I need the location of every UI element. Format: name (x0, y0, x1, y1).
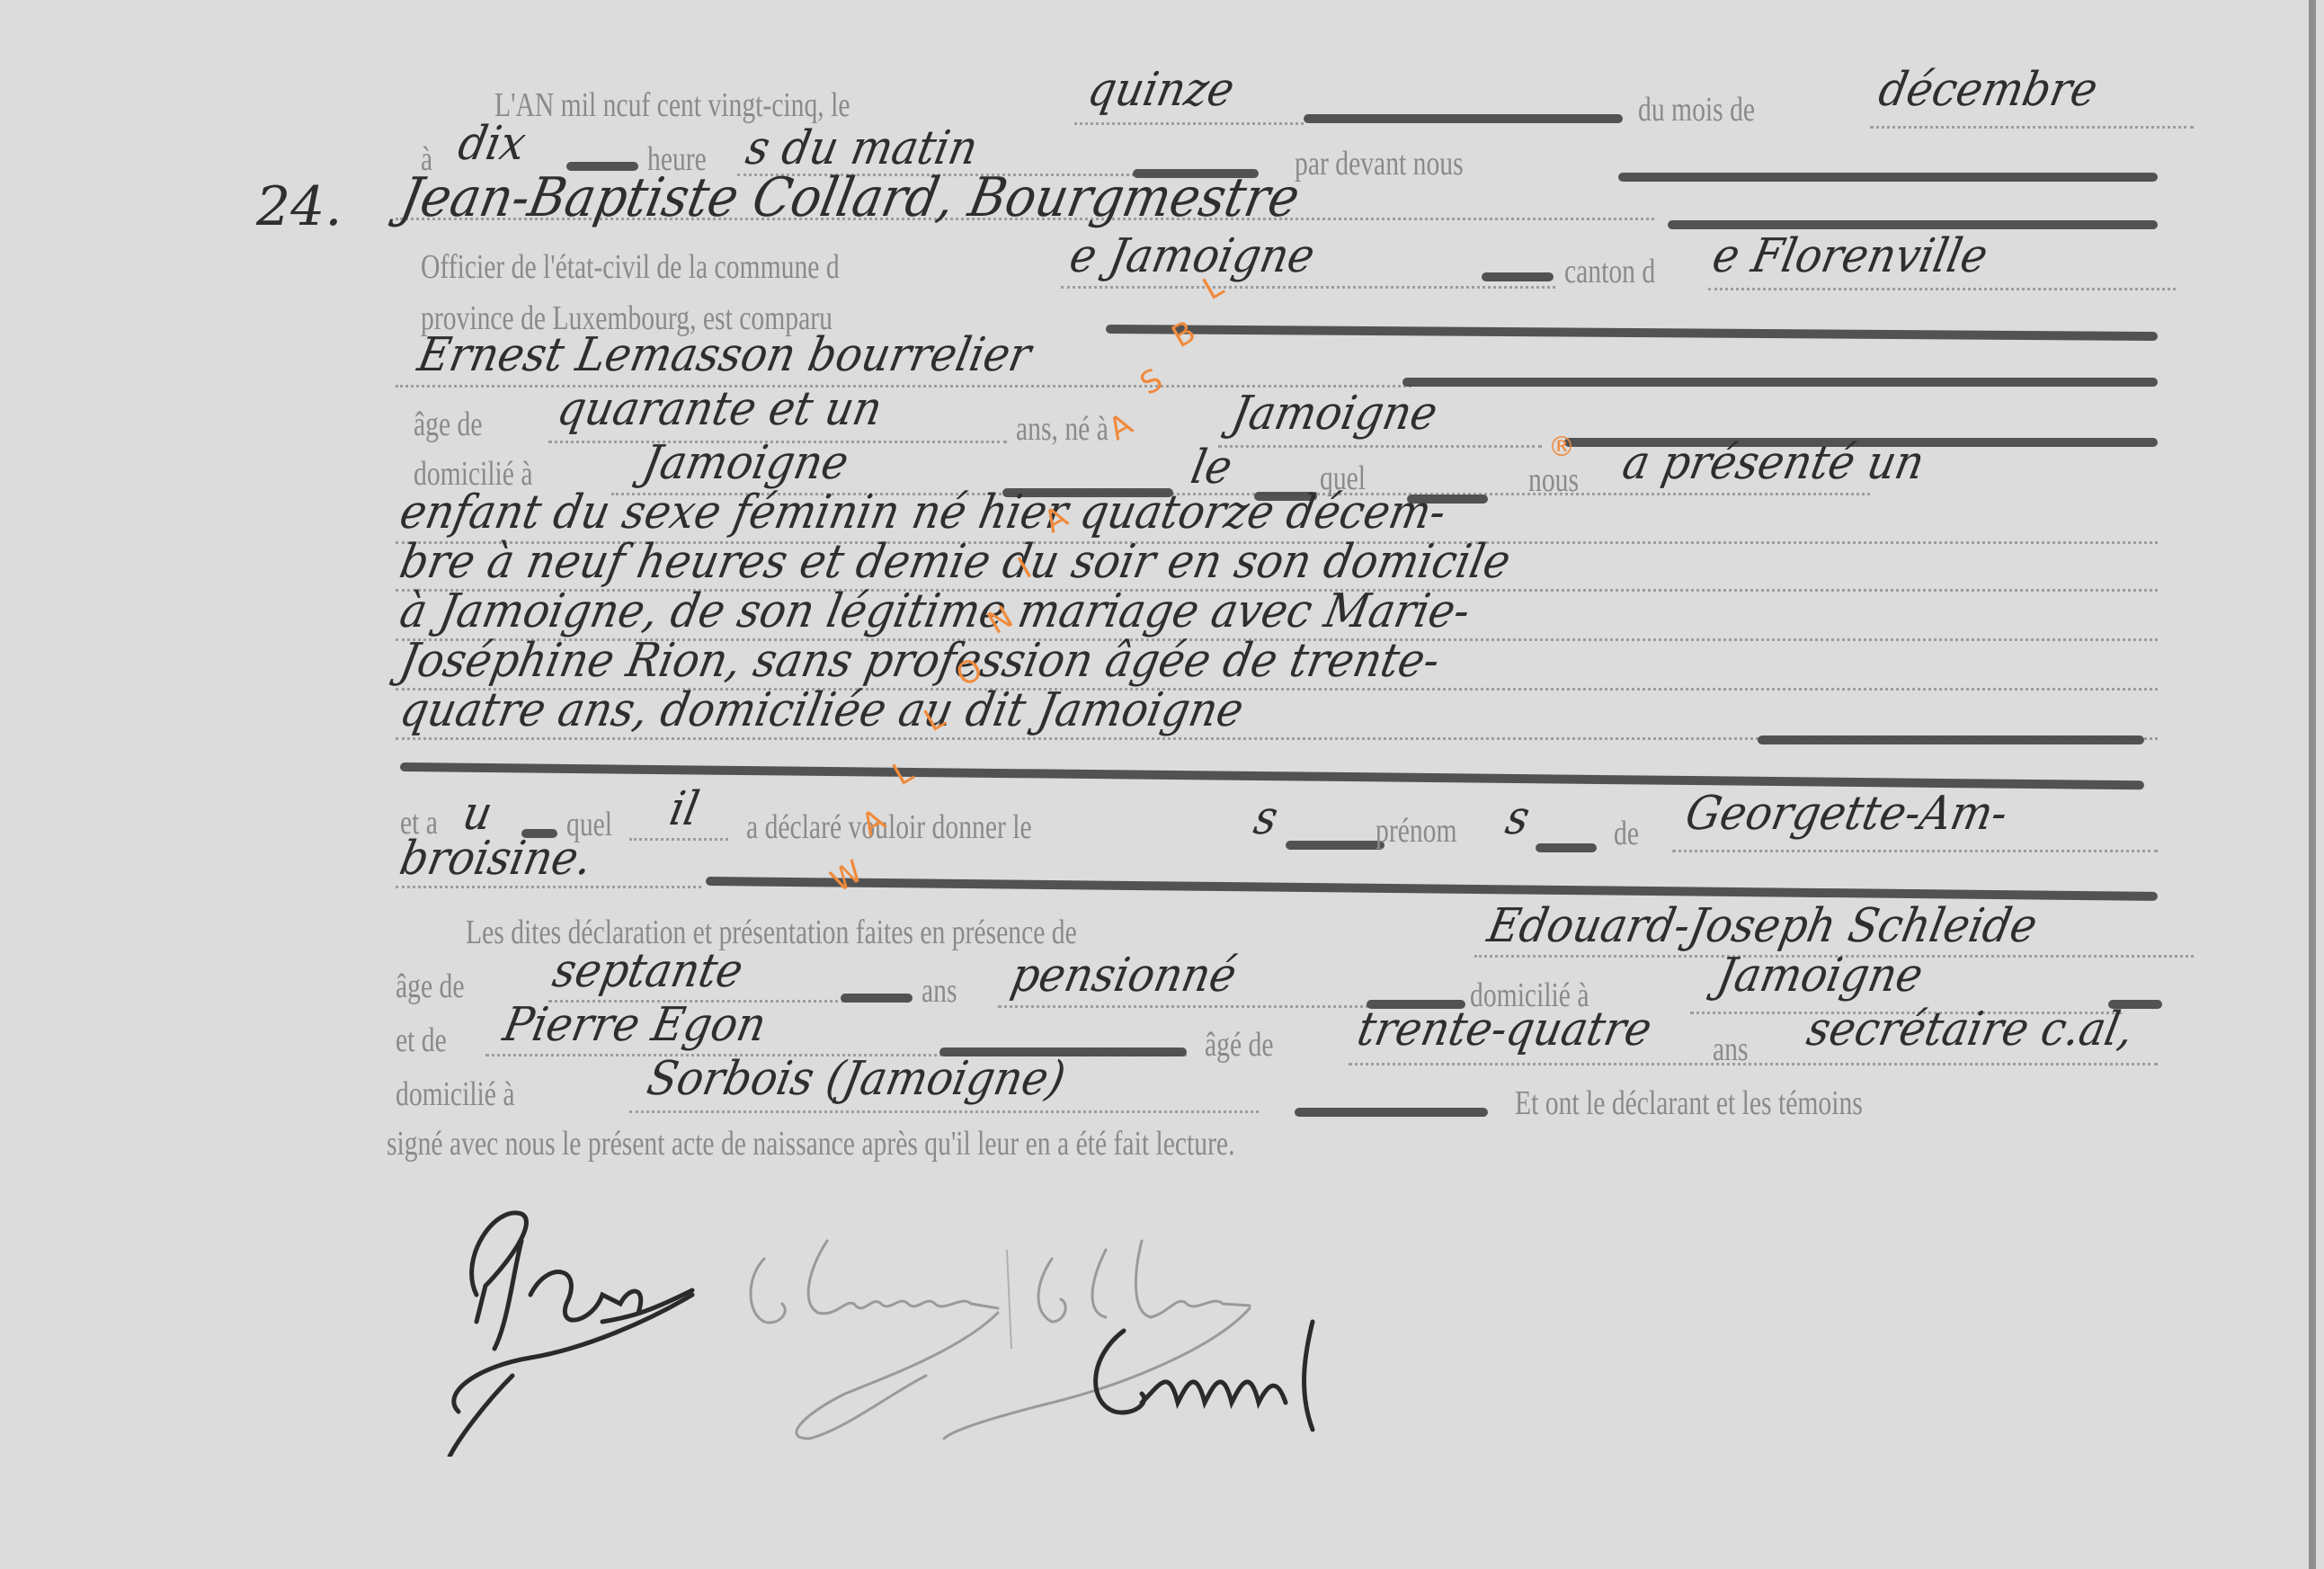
printed-age-label: âge de (414, 405, 483, 444)
fill-dots (396, 886, 701, 888)
entry-number: 24. (256, 175, 342, 238)
fill-dots (629, 1110, 1259, 1113)
closing-rule (400, 762, 2144, 789)
hand-child-line-2: bre à neuf heures et demie du soir en so… (396, 535, 1515, 589)
hand-declarant-age: quarante et un (553, 382, 886, 436)
fill-bar (1536, 843, 1597, 852)
fill-dots (1870, 126, 2194, 129)
hand-month: décembre (1874, 63, 2102, 117)
fill-dots (1672, 850, 2158, 852)
hand-child-line-4: Joséphine Rion, sans profession âgée de … (396, 634, 1444, 688)
hand-child-line-5: quatre ans, domiciliée au dit Jamoigne (396, 683, 1248, 737)
printed-born-label: ans, né à (1016, 409, 1109, 449)
printed-de: de (1614, 814, 1639, 853)
civil-record-page: 24. L'AN mil ncuf cent vingt-cinq, le qu… (0, 0, 2324, 1569)
fill-bar (1402, 378, 2158, 387)
hand-day: quinze (1083, 63, 1239, 117)
signature-schleide (944, 1241, 1250, 1439)
fill-bar (1295, 1108, 1488, 1117)
hand-hour: dix (454, 117, 530, 171)
hand-witness-1-domicile: Jamoigne (1713, 949, 1928, 1003)
printed-age-label: âge de (396, 967, 465, 1006)
watermark-letter: B (1166, 314, 1202, 355)
hand-witness-1-age: septante (548, 944, 747, 998)
fill-bar (706, 877, 2158, 901)
fill-dots (998, 1005, 1376, 1008)
fill-bar (1618, 173, 2158, 182)
printed-year-intro: L'AN mil ncuf cent vingt-cinq, le (494, 85, 850, 125)
fill-bar (1668, 220, 2158, 229)
hand-witness-2-domicile: Sorbois (Jamoigne) (643, 1052, 1070, 1106)
printed-officer-label: Officier de l'état-civil de la commune d (421, 247, 840, 287)
printed-ans: ans (922, 971, 957, 1011)
printed-and-of: et de (396, 1021, 447, 1060)
fill-dots (1218, 445, 1542, 448)
hand-witness-2-profession: secrétaire c.al, (1803, 1003, 2138, 1056)
signature-divider (1007, 1250, 1011, 1349)
hand-witness-2-name: Pierre Egon (499, 998, 770, 1052)
hand-canton: e Florenville (1708, 229, 1992, 283)
page-edge-shadow (2309, 0, 2316, 1569)
signature-collard (1096, 1322, 1313, 1430)
printed-signing-intro: Et ont le déclarant et les témoins (1515, 1083, 1863, 1123)
hand-commune: e Jamoigne (1065, 229, 1319, 283)
hand-child-line-3: à Jamoigne, de son légitime mariage avec… (396, 584, 1474, 638)
hand-child-line-1: enfant du sexe féminin né hier quatorze … (396, 486, 1450, 539)
fill-bar (1286, 841, 1385, 850)
signature-lemasson (751, 1241, 998, 1439)
hand-il: il (665, 782, 703, 836)
printed-ans: ans (1713, 1030, 1749, 1069)
hand-s1: s (1250, 791, 1282, 845)
hand-witness-1-name: Edouard-Joseph Schleide (1483, 899, 2042, 953)
signature-egon (450, 1213, 692, 1457)
printed-witnesses-intro: Les dites déclaration et présentation fa… (466, 913, 1077, 952)
hand-presented: a présenté un (1618, 436, 1928, 490)
printed-month-label: du mois de (1638, 90, 1755, 129)
hand-child-names: Georgette-Am- (1681, 787, 2012, 841)
printed-canton-label: canton d (1564, 252, 1655, 291)
hand-declarant-domicile: Jamoigne (638, 436, 853, 490)
signatures-area (423, 1187, 1411, 1457)
printed-prenom: prénom (1376, 811, 1457, 851)
printed-domicile-label-2: domicilié à (396, 1074, 515, 1114)
watermark-letter: S (1134, 361, 1169, 402)
hand-child-names-cont: broisine. (396, 832, 597, 886)
hand-s2: s (1501, 791, 1534, 845)
hand-declarant-birthplace: Jamoigne (1227, 387, 1442, 441)
fill-bar (1304, 114, 1623, 123)
fill-bar (1758, 735, 2144, 744)
hand-witness-1-profession: pensionné (1007, 949, 1241, 1003)
printed-before-us: par devant nous (1295, 144, 1464, 183)
fill-dots (1349, 1063, 2158, 1065)
hand-officer-name: Jean-Baptiste Collard, Bourgmestre (396, 166, 1304, 229)
fill-bar (841, 994, 913, 1003)
fill-dots (629, 838, 728, 841)
fill-bar (1106, 325, 2158, 341)
fill-dots (1708, 288, 2176, 290)
fill-bar (1482, 272, 1554, 281)
hand-declarant: Ernest Lemasson bourrelier (414, 328, 1036, 382)
printed-age-label-2: âgé de (1205, 1025, 1274, 1065)
printed-nous: nous (1528, 460, 1579, 500)
printed-declared: a déclaré vouloir donner le (746, 807, 1032, 847)
watermark-letter: W (824, 853, 868, 899)
printed-closing: signé avec nous le présent acte de naiss… (387, 1124, 1235, 1163)
fill-dots (1074, 122, 1304, 125)
fill-dots (1061, 286, 1555, 289)
watermark-registered-mark: ® (1548, 432, 1575, 463)
hand-witness-2-age: trente-quatre (1353, 1003, 1656, 1056)
